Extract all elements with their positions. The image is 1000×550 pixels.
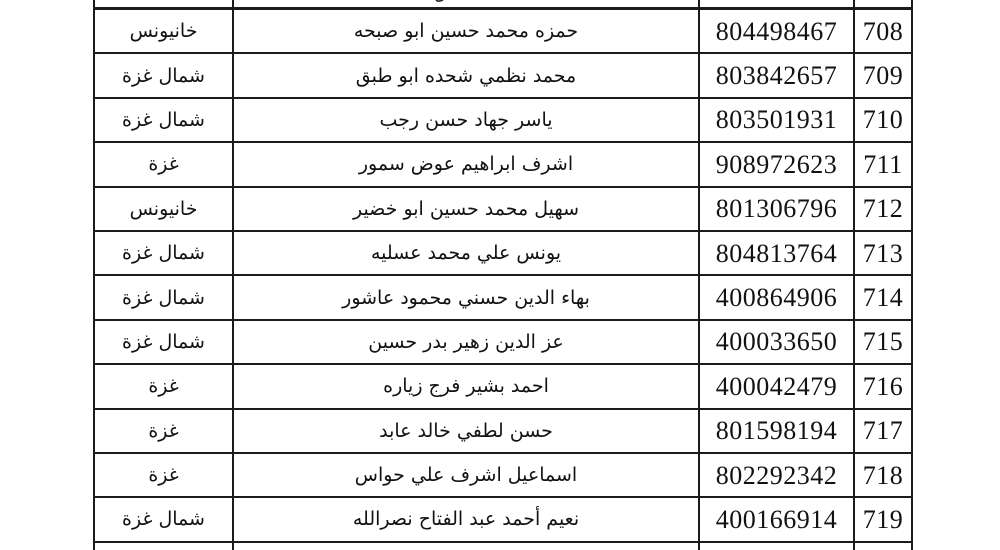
serial-number-cell: 717: [855, 410, 911, 452]
region-cell: شمال غزة: [95, 498, 232, 540]
clipped-text-fragment: ق: [434, 0, 448, 2]
person-name-cell: نعيم أحمد عبد الفتاح نصرالله: [234, 498, 698, 540]
serial-number-cell: 710: [855, 99, 911, 141]
id-number-cell: 400033650: [700, 321, 853, 363]
region-cell: شمال غزة: [95, 321, 232, 363]
person-name-cell: محمد نظمي شحده ابو طبق: [234, 54, 698, 96]
serial-number-cell: 716: [855, 365, 911, 407]
serial-number-cell: 715: [855, 321, 911, 363]
id-number-cell: 400042479: [700, 365, 853, 407]
serial-number-cell: 711: [855, 143, 911, 185]
person-name-cell: ياسر جهاد حسن رجب: [234, 99, 698, 141]
person-name-cell: عز الدين زهير بدر حسين: [234, 321, 698, 363]
person-name-cell: [234, 543, 698, 550]
serial-number-cell: 708: [855, 10, 911, 52]
person-name-cell: اشرف ابراهيم عوض سمور: [234, 143, 698, 185]
serial-number-cell: [855, 543, 911, 550]
person-name-cell: احمد بشير فرج زياره: [234, 365, 698, 407]
id-number-cell: 803501931: [700, 99, 853, 141]
region-cell: شمال غزة: [95, 232, 232, 274]
region-cell: شمال غزة: [95, 276, 232, 318]
id-number-cell: 804498467: [700, 10, 853, 52]
id-number-cell: [700, 0, 853, 8]
person-name-cell: بهاء الدين حسني محمود عاشور: [234, 276, 698, 318]
serial-number-cell: 712: [855, 188, 911, 230]
serial-number-cell: 718: [855, 454, 911, 496]
region-cell: غزة: [95, 365, 232, 407]
person-name-cell: سهيل محمد حسين ابو خضير: [234, 188, 698, 230]
person-name-cell: يونس علي محمد عسليه: [234, 232, 698, 274]
id-number-cell: 400166914: [700, 498, 853, 540]
beneficiary-list-table: ق 708 804498467 حمزه محمد حسين ابو صبحه …: [93, 0, 913, 550]
region-cell: غزة: [95, 454, 232, 496]
serial-number-cell: [855, 0, 911, 8]
region-cell: غزة: [95, 143, 232, 185]
region-cell: شمال غزة: [95, 99, 232, 141]
scanned-document-page: ق 708 804498467 حمزه محمد حسين ابو صبحه …: [0, 0, 1000, 550]
id-number-cell: 400864906: [700, 276, 853, 318]
region-cell: غزة: [95, 410, 232, 452]
serial-number-cell: 713: [855, 232, 911, 274]
serial-number-cell: 719: [855, 498, 911, 540]
person-name-cell: ق: [234, 0, 698, 8]
id-number-cell: 803842657: [700, 54, 853, 96]
person-name-cell: حمزه محمد حسين ابو صبحه: [234, 10, 698, 52]
id-number-cell: 801598194: [700, 410, 853, 452]
region-cell: خانيونس: [95, 10, 232, 52]
serial-number-cell: 714: [855, 276, 911, 318]
region-cell: شمال غزة: [95, 54, 232, 96]
id-number-cell: [700, 543, 853, 550]
serial-number-cell: 709: [855, 54, 911, 96]
region-cell: [95, 0, 232, 8]
id-number-cell: 804813764: [700, 232, 853, 274]
id-number-cell: 801306796: [700, 188, 853, 230]
person-name-cell: اسماعيل اشرف علي حواس: [234, 454, 698, 496]
person-name-cell: حسن لطفي خالد عابد: [234, 410, 698, 452]
id-number-cell: 908972623: [700, 143, 853, 185]
region-cell: خانيونس: [95, 188, 232, 230]
region-cell: [95, 543, 232, 550]
id-number-cell: 802292342: [700, 454, 853, 496]
